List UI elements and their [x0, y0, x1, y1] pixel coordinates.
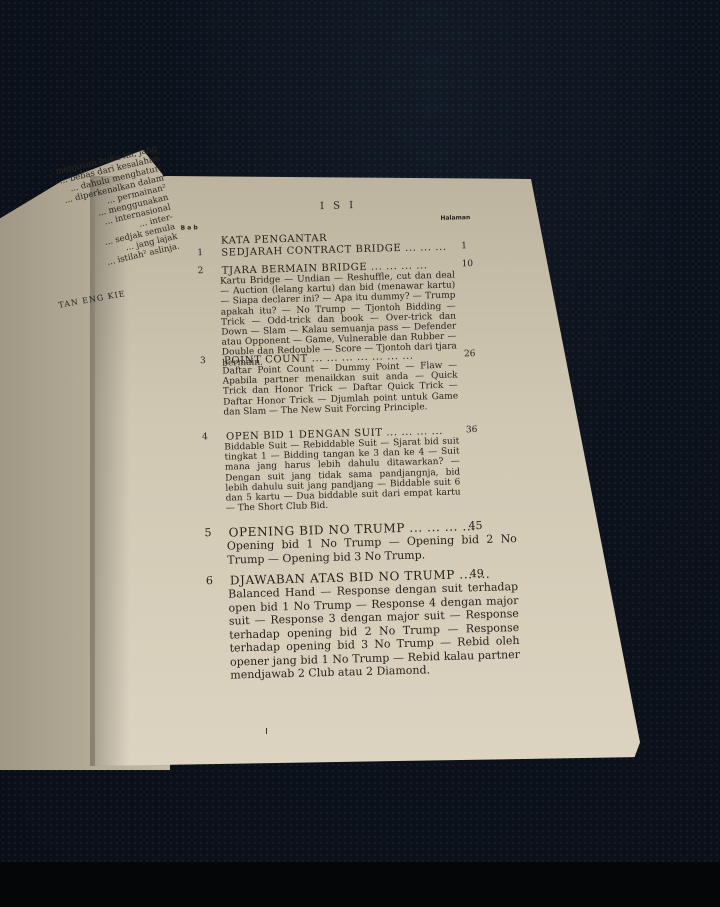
spine-shadow: [90, 176, 130, 766]
chapter-page: 45: [468, 519, 482, 532]
bottom-black-band: [0, 862, 720, 907]
page-mark: [266, 728, 267, 734]
chapter-description: Balanced Hand — Response dengan suit ter…: [228, 580, 520, 682]
chapter-number: 4: [202, 432, 208, 442]
page-title: I S I: [320, 200, 356, 212]
chapter-number: 6: [206, 574, 213, 587]
chapter-page: 36: [466, 425, 478, 435]
chapter-number: 5: [204, 526, 211, 539]
chapter-number: 2: [198, 266, 204, 276]
chapter-number: 1: [197, 248, 203, 258]
chapter-page: 26: [464, 349, 476, 359]
chapter-page: 49: [470, 567, 484, 580]
chapter-description: Biddable Suit — Rebiddable Suit — Sjarat…: [224, 437, 461, 515]
chapter-page: 1: [461, 241, 467, 251]
chapter-page: 10: [462, 259, 474, 269]
chapter-column-label: B a b: [181, 224, 198, 231]
chapter-description: Daftar Point Count — Dummy Point — Flaw …: [222, 361, 458, 418]
page-column-label: Halaman: [440, 214, 470, 222]
chapter-number: 3: [200, 356, 206, 366]
